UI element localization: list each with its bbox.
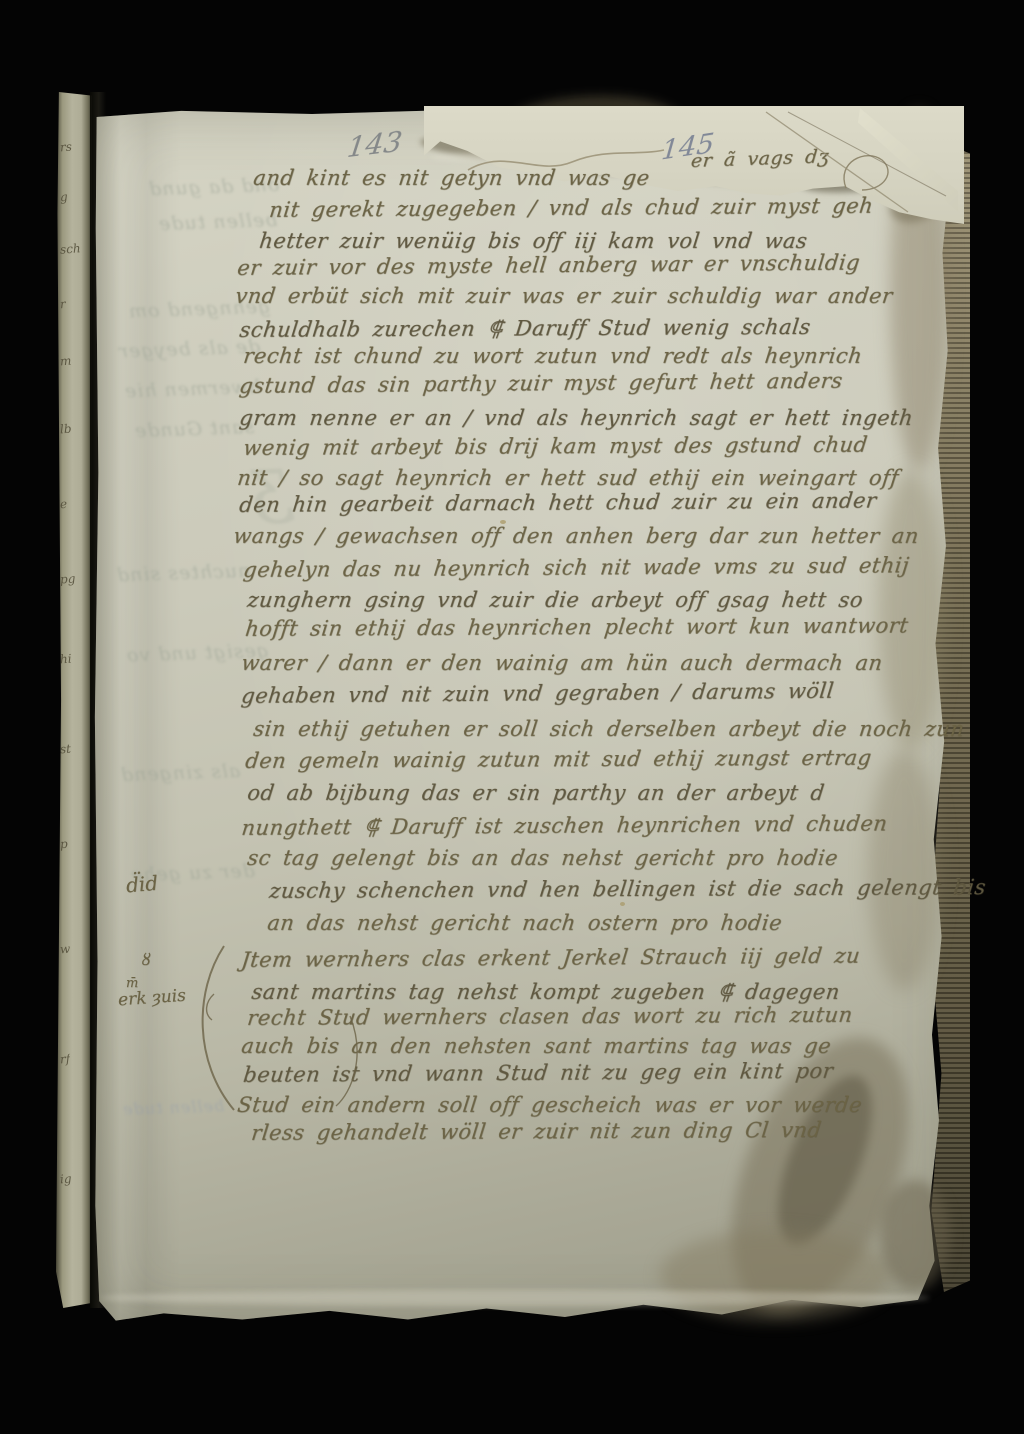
ink-stain — [504, 93, 681, 153]
text-line: hofft sin ethij das heynrichen plecht wo… — [244, 614, 910, 641]
margin-brace — [203, 946, 234, 1110]
fold-crease — [766, 112, 908, 212]
text-line: sin ethij getuhen er soll sich derselben… — [252, 717, 966, 741]
margin-note: d̈id — [125, 871, 159, 898]
text-line: nit / so sagt heynrich er hett sud ethij… — [236, 466, 900, 490]
bleed-through-line: als zingend — [120, 760, 241, 786]
text-line: den gemeln wainig zutun mit sud ethij zu… — [244, 746, 873, 773]
text-line: and kint es nit getyn vnd was ge — [252, 166, 651, 190]
text-line: an das nehst gericht nach ostern pro hod… — [266, 911, 784, 935]
torn-edge-stain — [882, 166, 955, 232]
bleed-through-line: der zu gehe — [130, 860, 255, 886]
torn-edge-stain — [419, 132, 540, 164]
text-line: wangs / gewachsen off den anhen berg dar… — [232, 524, 920, 548]
page-edge-sliver: ig — [60, 1172, 72, 1187]
text-line: Stud ein andern soll off gescheich was e… — [236, 1093, 863, 1117]
bleed-through-line: de als beyger — [118, 336, 261, 363]
page-edge-sliver: g — [60, 190, 69, 205]
text-line: nungthett ⸿ Daruff ist zuschen heynriche… — [240, 809, 889, 842]
page-edge-sliver: rf — [60, 1052, 71, 1067]
page-edge-sliver: e — [60, 497, 68, 511]
margin-brace — [207, 994, 214, 1020]
text-line: warer / dann er den wainig am hün auch d… — [240, 651, 884, 675]
bleed-through-line: ond da gund — [148, 174, 280, 201]
pencil-folio-number-left: 143 — [345, 125, 404, 164]
page-edge-sliver: p — [60, 837, 69, 852]
water-stain — [660, 1230, 890, 1320]
bleed-through-line: gesigt und vo — [126, 640, 270, 667]
margin-note: erk ȝuis — [117, 986, 186, 1011]
torn-edge-stain — [799, 166, 910, 196]
water-stain — [868, 750, 940, 990]
fold-crease — [788, 112, 946, 196]
text-line: nit gerekt zugegeben / vnd als chud zuir… — [268, 194, 875, 222]
text-line: den hin gearbeit darnach hett chud zuir … — [238, 489, 878, 517]
water-stain — [880, 1180, 950, 1290]
bleed-through-line: sant Gunde — [134, 416, 255, 442]
manuscript-page — [94, 106, 966, 1328]
page-edge-sliver: w — [60, 942, 71, 957]
text-line: gstund das sin parthy zuir myst gefurt h… — [238, 369, 844, 398]
page-edge-sliver: m — [60, 354, 72, 369]
text-line: wenig mit arbeyt bis drij kam myst des g… — [242, 433, 869, 460]
bleed-through-flourish: Ʒ — [249, 454, 295, 541]
pencil-folio-number-right: 145 — [660, 128, 716, 167]
book-gutter-shadow — [90, 92, 106, 1308]
water-stain — [890, 110, 948, 470]
torn-page-fragment: er ã vags dʒ — [424, 106, 964, 224]
tear-highlight — [430, 150, 860, 164]
water-stain — [696, 1012, 944, 1337]
text-line: gram nenne er an / vnd als heynrich sagt… — [238, 406, 915, 430]
text-line: recht ist chund zu wort zutun vnd redt a… — [242, 344, 864, 368]
torn-edge-stain — [660, 161, 811, 189]
text-line: od ab bijbung das er sin parthy an der a… — [246, 781, 826, 805]
page-edge-sliver: rs — [60, 140, 73, 155]
fox-spot — [620, 902, 625, 906]
text-line: gehaben vnd nit zuin vnd gegraben / daru… — [240, 679, 835, 708]
text-line: er zuir vor des myste hell anberg war er… — [236, 251, 861, 280]
text-line: gehelyn das nu heynrich sich nit wade vm… — [242, 553, 911, 582]
water-stain — [878, 470, 944, 750]
text-line: zuschy schenchen vnd hen bellingen ist d… — [268, 875, 987, 903]
pen-flourish — [468, 150, 664, 170]
fragment-text: er ã vags dʒ — [690, 145, 830, 172]
page-edge-sliver: st — [60, 742, 72, 757]
previous-page-edge: rs g sch r m lb e pg hi st p w rf ig — [56, 92, 92, 1308]
page-edge-sliver: r — [60, 297, 67, 311]
torn-edge-stain — [520, 153, 671, 176]
ink-stain — [545, 103, 635, 137]
folded-corner — [858, 108, 958, 212]
page-edge-sliver: hi — [60, 652, 73, 667]
manuscript-photograph: rs g sch r m lb e pg hi st p w rf ig ond… — [0, 0, 1024, 1434]
deckle-edge-highlight — [100, 1290, 930, 1306]
text-line: sc tag gelengt bis an das nehst gericht … — [246, 846, 840, 870]
text-line: sant martins tag nehst kompt zugeben ⸿ d… — [250, 978, 842, 1006]
bleed-through-line: hwermen hie — [124, 376, 262, 403]
text-line: auch bis an den nehsten sant martins tag… — [240, 1034, 833, 1058]
text-line: zunghern gsing vnd zuir die arbeyt off g… — [246, 588, 865, 612]
book-fore-edge — [928, 142, 970, 1292]
text-line: Jtem wernhers clas erkent Jerkel Strauch… — [240, 944, 862, 972]
pen-flourishes — [0, 0, 1024, 1434]
page-edge-sliver: sch — [60, 241, 82, 256]
text-line: beuten ist vnd wann Stud nit zu geg ein … — [242, 1059, 835, 1087]
margin-flourish: ȣ — [142, 950, 151, 969]
bleed-through-line: nuchtes sind — [116, 560, 251, 587]
text-line: rless gehandelt wöll er zuir nit zun din… — [250, 1118, 823, 1145]
bleed-through-stamp: bellen tude — [122, 1096, 225, 1119]
descender-flourish — [336, 1016, 357, 1106]
text-line: schuldhalb zurechen ⸿ Daruff Stud wenig … — [238, 313, 812, 344]
pen-flourish — [844, 156, 888, 190]
text-line: recht Stud wernhers clasen das wort zu r… — [246, 1003, 854, 1030]
page-edge-sliver: lb — [60, 422, 72, 437]
page-edge-sliver: pg — [60, 571, 76, 586]
fox-spot — [500, 520, 506, 524]
text-line: hetter zuir wenüig bis off iij kam vol v… — [258, 229, 809, 253]
bleed-through-line: bellen tude — [158, 209, 278, 235]
bleed-through-line: gehngend om — [128, 296, 271, 323]
water-stain — [759, 1063, 891, 1256]
text-line: vnd erbüt sich mit zuir was er zuir schu… — [234, 284, 894, 308]
margin-abbreviation: m̄ — [126, 976, 138, 991]
